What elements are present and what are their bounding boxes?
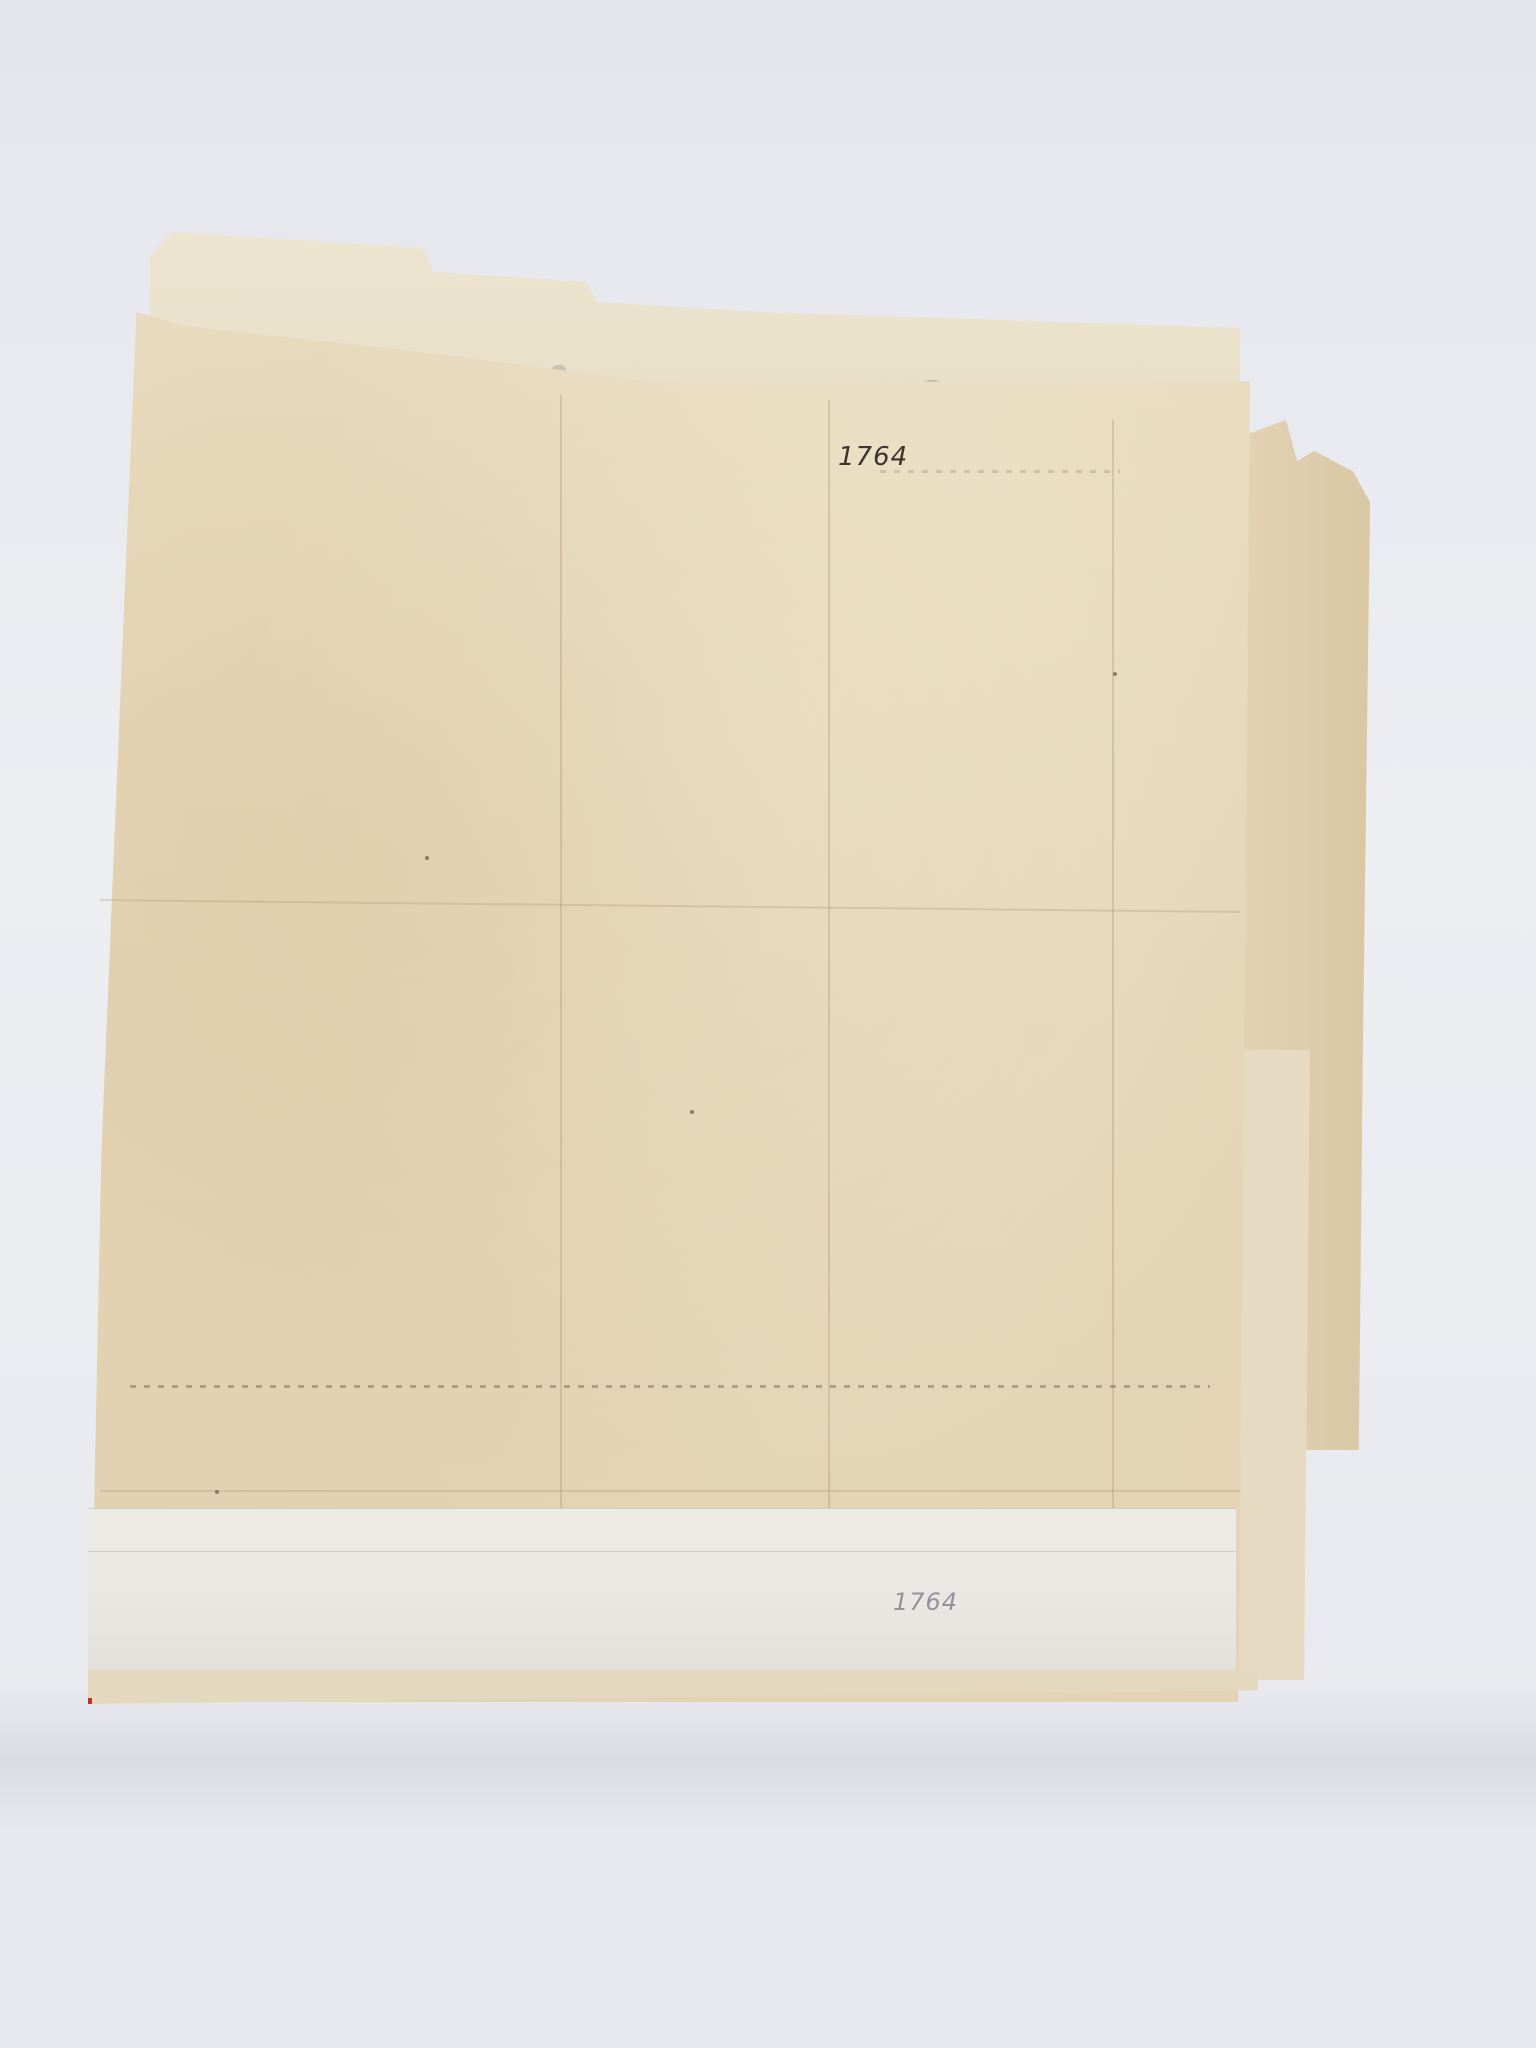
- document-sheet: [90, 312, 1250, 1702]
- bleed-through-text-line: [880, 470, 1120, 473]
- paper-speck: [425, 856, 429, 860]
- fold-line-horizontal: [100, 1490, 1240, 1492]
- paper-speck: [215, 1490, 219, 1494]
- handwritten-year-bottom: 1764: [893, 1588, 958, 1616]
- handwritten-year-top: 1764: [838, 442, 908, 472]
- paper-speck: [1113, 672, 1117, 676]
- conservation-tape-strip: [88, 1508, 1236, 1672]
- fold-line-vertical: [828, 400, 830, 1510]
- fold-line-vertical: [560, 395, 562, 1510]
- paper-speck: [690, 1110, 694, 1114]
- tape-crease: [88, 1551, 1236, 1552]
- fold-line-vertical: [1112, 420, 1114, 1510]
- red-mark: [88, 1698, 92, 1704]
- surface-shadow: [0, 1690, 1536, 1830]
- bleed-through-text-line: [130, 1385, 1210, 1388]
- photo-scene: 1764 1764: [0, 0, 1536, 2048]
